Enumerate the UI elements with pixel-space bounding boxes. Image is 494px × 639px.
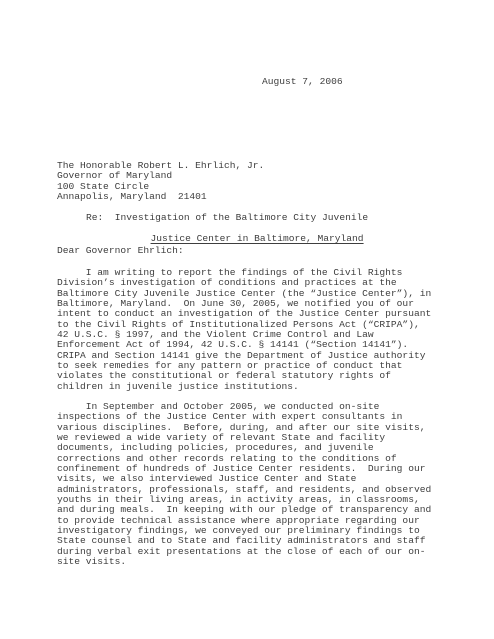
re-subject-line-1: Re: Investigation of the Baltimore City … xyxy=(86,213,368,223)
recipient-address: The Honorable Robert L. Ehrlich, Jr. Gov… xyxy=(57,161,264,202)
letter-page: August 7, 2006 The Honorable Robert L. E… xyxy=(0,0,494,639)
letter-date: August 7, 2006 xyxy=(262,77,343,87)
salutation: Dear Governor Ehrlich: xyxy=(57,246,184,256)
body-paragraph-1: I am writing to report the findings of t… xyxy=(57,268,431,392)
re-subject-line-2: Justice Center in Baltimore, Maryland xyxy=(151,233,364,244)
body-paragraph-2: In September and October 2005, we conduc… xyxy=(57,402,431,568)
